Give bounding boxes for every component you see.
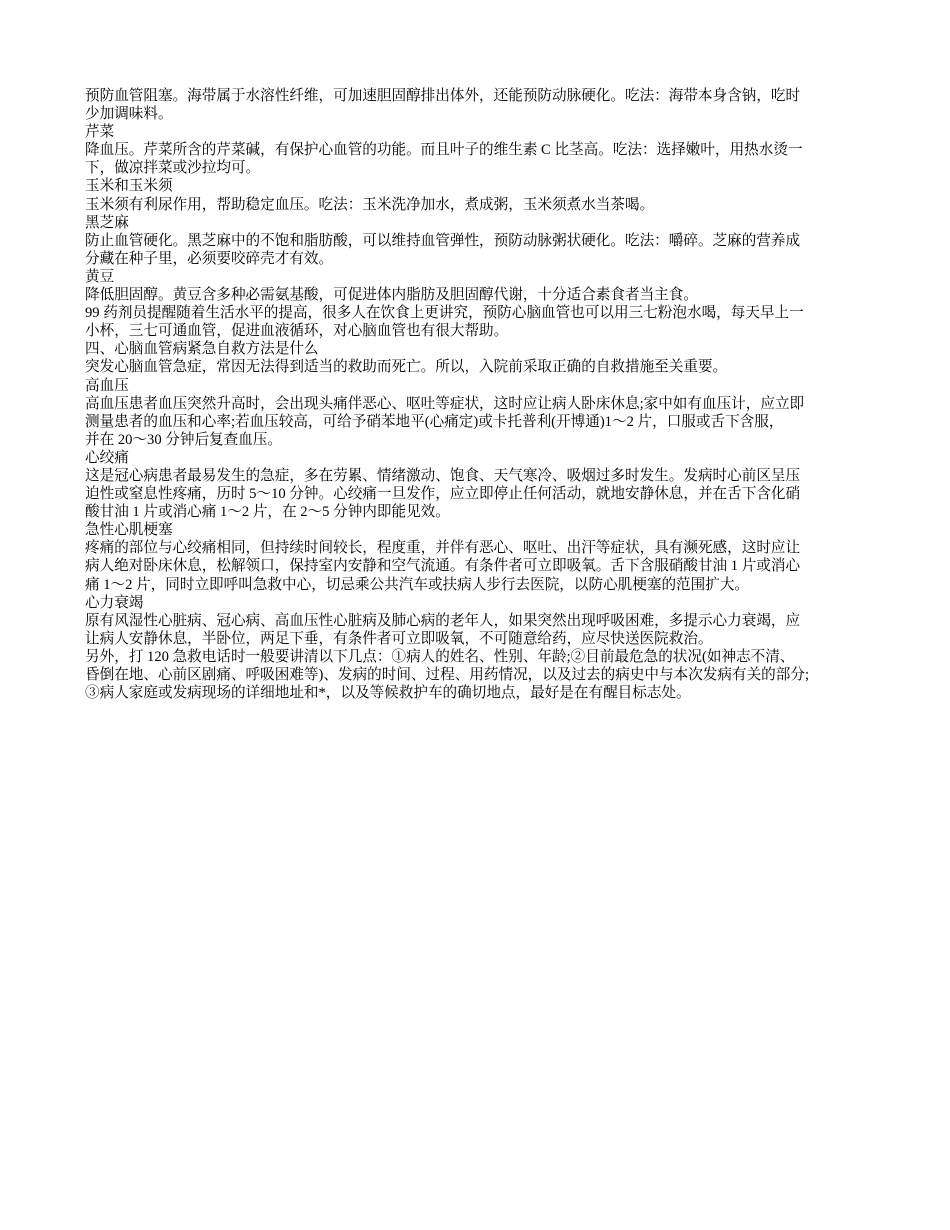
- text-line: 玉米须有利尿作用，帮助稳定血压。吃法：玉米洗净加水，煮成粥，玉米须煮水当茶喝。: [85, 196, 897, 214]
- text-line: 急性心肌梗塞: [85, 521, 897, 539]
- paragraph: 降血压。芹菜所含的芹菜碱，有保护心血管的功能。而且叶子的维生素 C 比茎高。吃法…: [85, 141, 897, 177]
- section-heading: 芹菜: [85, 123, 897, 141]
- paragraph: 99 药剂员提醒随着生活水平的提高，很多人在饮食上更讲究，预防心脑血管也可以用三…: [85, 304, 897, 340]
- text-line: 分藏在种子里，必须要咬碎壳才有效。: [85, 250, 897, 268]
- text-line: 让病人安静休息，半卧位，两足下垂，有条件者可立即吸氧，不可随意给药，应尽快送医院…: [85, 630, 897, 648]
- section-heading: 黑芝麻: [85, 214, 897, 232]
- text-line: 预防血管阻塞。海带属于水溶性纤维，可加速胆固醇排出体外，还能预防动脉硬化。吃法：…: [85, 87, 897, 105]
- text-line: 突发心脑血管急症，常因无法得到适当的救助而死亡。所以，入院前采取正确的自救措施至…: [85, 358, 897, 376]
- text-line: 酸甘油 1 片或消心痛 1～2 片，在 2～5 分钟内即能见效。: [85, 503, 897, 521]
- text-line: 这是冠心病患者最易发生的急症，多在劳累、情绪激动、饱食、天气寒冷、吸烟过多时发生…: [85, 467, 897, 485]
- text-line: ③病人家庭或发病现场的详细地址和*，以及等候救护车的确切地点，最好是在有醒目标志…: [85, 684, 897, 702]
- paragraph: 防止血管硬化。黑芝麻中的不饱和脂肪酸，可以维持血管弹性，预防动脉粥状硬化。吃法：…: [85, 232, 897, 268]
- paragraph: 降低胆固醇。黄豆含多种必需氨基酸，可促进体内脂肪及胆固醇代谢，十分适合素食者当主…: [85, 286, 897, 304]
- text-line: 黄豆: [85, 268, 897, 286]
- text-line: 心力衰竭: [85, 594, 897, 612]
- text-line: 测量患者的血压和心率;若血压较高，可给予硝苯地平(心痛定)或卡托普利(开博通)1…: [85, 413, 897, 431]
- section-heading: 黄豆: [85, 268, 897, 286]
- text-line: 芹菜: [85, 123, 897, 141]
- text-line: 病人绝对卧床休息，松解领口，保持室内安静和空气流通。有条件者可立即吸氧。舌下含服…: [85, 557, 897, 575]
- document-page: 预防血管阻塞。海带属于水溶性纤维，可加速胆固醇排出体外，还能预防动脉硬化。吃法：…: [85, 87, 897, 702]
- text-line: 黑芝麻: [85, 214, 897, 232]
- paragraph: 高血压患者血压突然升高时，会出现头痛伴恶心、呕吐等症状，这时应让病人卧床休息;家…: [85, 395, 897, 449]
- text-line: 另外，打 120 急救电话时一般要讲清以下几点：①病人的姓名、性别、年龄;②目前…: [85, 648, 897, 666]
- paragraph: 突发心脑血管急症，常因无法得到适当的救助而死亡。所以，入院前采取正确的自救措施至…: [85, 358, 897, 376]
- paragraph: 这是冠心病患者最易发生的急症，多在劳累、情绪激动、饱食、天气寒冷、吸烟过多时发生…: [85, 467, 897, 521]
- text-line: 原有风湿性心脏病、冠心病、高血压性心脏病及肺心病的老年人，如果突然出现呼吸困难，…: [85, 612, 897, 630]
- text-line: 小杯，三七可通血管，促进血液循环，对心脑血管也有很大帮助。: [85, 322, 897, 340]
- paragraph: 疼痛的部位与心绞痛相同，但持续时间较长，程度重，并伴有恶心、呕吐、出汗等症状，具…: [85, 539, 897, 593]
- text-line: 降血压。芹菜所含的芹菜碱，有保护心血管的功能。而且叶子的维生素 C 比茎高。吃法…: [85, 141, 897, 159]
- section-heading: 急性心肌梗塞: [85, 521, 897, 539]
- text-line: 高血压: [85, 377, 897, 395]
- paragraph: 另外，打 120 急救电话时一般要讲清以下几点：①病人的姓名、性别、年龄;②目前…: [85, 648, 897, 702]
- text-line: 高血压患者血压突然升高时，会出现头痛伴恶心、呕吐等症状，这时应让病人卧床休息;家…: [85, 395, 897, 413]
- paragraph: 预防血管阻塞。海带属于水溶性纤维，可加速胆固醇排出体外，还能预防动脉硬化。吃法：…: [85, 87, 897, 123]
- text-line: 四、心脑血管病紧急自救方法是什么: [85, 340, 897, 358]
- text-line: 疼痛的部位与心绞痛相同，但持续时间较长，程度重，并伴有恶心、呕吐、出汗等症状，具…: [85, 539, 897, 557]
- text-line: 下，做凉拌菜或沙拉均可。: [85, 159, 897, 177]
- text-line: 心绞痛: [85, 449, 897, 467]
- section-heading: 四、心脑血管病紧急自救方法是什么: [85, 340, 897, 358]
- text-line: 昏倒在地、心前区剧痛、呼吸困难等)、发病的时间、过程、用药情况，以及过去的病史中…: [85, 666, 897, 684]
- section-heading: 高血压: [85, 377, 897, 395]
- section-heading: 心绞痛: [85, 449, 897, 467]
- text-line: 并在 20～30 分钟后复查血压。: [85, 431, 897, 449]
- section-heading: 玉米和玉米须: [85, 177, 897, 195]
- text-line: 玉米和玉米须: [85, 177, 897, 195]
- text-line: 防止血管硬化。黑芝麻中的不饱和脂肪酸，可以维持血管弹性，预防动脉粥状硬化。吃法：…: [85, 232, 897, 250]
- section-heading: 心力衰竭: [85, 594, 897, 612]
- text-line: 迫性或窒息性疼痛，历时 5～10 分钟。心绞痛一旦发作，应立即停止任何活动，就地…: [85, 485, 897, 503]
- paragraph: 玉米须有利尿作用，帮助稳定血压。吃法：玉米洗净加水，煮成粥，玉米须煮水当茶喝。: [85, 196, 897, 214]
- text-line: 少加调味料。: [85, 105, 897, 123]
- text-line: 痛 1～2 片，同时立即呼叫急救中心，切忌乘公共汽车或扶病人步行去医院，以防心肌…: [85, 576, 897, 594]
- document-body: 预防血管阻塞。海带属于水溶性纤维，可加速胆固醇排出体外，还能预防动脉硬化。吃法：…: [85, 87, 897, 702]
- paragraph: 原有风湿性心脏病、冠心病、高血压性心脏病及肺心病的老年人，如果突然出现呼吸困难，…: [85, 612, 897, 648]
- text-line: 降低胆固醇。黄豆含多种必需氨基酸，可促进体内脂肪及胆固醇代谢，十分适合素食者当主…: [85, 286, 897, 304]
- text-line: 99 药剂员提醒随着生活水平的提高，很多人在饮食上更讲究，预防心脑血管也可以用三…: [85, 304, 897, 322]
